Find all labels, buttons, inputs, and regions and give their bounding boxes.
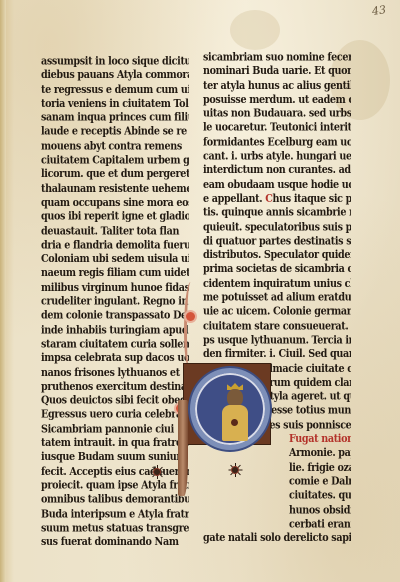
text-line: lie. frigie ozare	[203, 460, 351, 474]
illuminated-initial	[183, 363, 271, 445]
text-line: ciuitatem Capitalem urbem gal	[41, 153, 189, 167]
text-column-right: sicambriam suo nomine feceratnominari Bu…	[203, 50, 351, 545]
text-line: uie ac uicem. Colonie germanie	[203, 305, 351, 319]
text-line: cidentem inquiratum unius cla	[203, 276, 351, 290]
text-line: quos ibi reperit igne et gladio	[41, 210, 189, 224]
text-line: Coloniam ubi sedem uisula uirgi	[41, 252, 189, 266]
text-line: Egressus uero curia celebrata	[41, 408, 189, 422]
flower-ornament	[186, 312, 195, 321]
text-line: ps usque lythuanum. Tercia insulos	[203, 333, 351, 347]
text-line: tis. quinque annis sicambrie re	[203, 206, 351, 220]
text-line: nanos frisones lythuanos et	[41, 365, 189, 379]
text-line: sanam inqua princes cum filius	[41, 111, 189, 125]
text-line: uitas non Budauara. sed urbs aty	[203, 107, 351, 121]
text-line: ciuitates. que pri	[203, 488, 351, 502]
text-line: quieuit. speculatoribus suis primi	[203, 220, 351, 234]
text-column-left: assumpsit in loco sique dicitur pluridie…	[41, 54, 189, 549]
text-line: crudeliter ingulant. Regno in	[41, 294, 189, 308]
text-line: Buda interipsum e Atyla fratri	[41, 507, 189, 521]
text-line: tatem intrauit. in qua fratrem ma	[41, 436, 189, 450]
rubric-initial: C	[265, 193, 272, 206]
text-line: di quatuor partes destinatis sunt	[203, 234, 351, 248]
text-line: nominari Buda uarie. Et quoniam	[203, 64, 351, 78]
text-line: Sicambriam pannonie ciui	[41, 422, 189, 436]
water-stain	[230, 10, 280, 50]
text-line: cant. i. urbs atyle. hungari uero	[203, 149, 351, 163]
text-line: licorum. que et dum pergeret ca	[41, 167, 189, 181]
king-figure	[221, 383, 249, 443]
text-line: distributos. Speculator quidem	[203, 248, 351, 262]
text-line: formidantes Ecelburg eam uo	[203, 135, 351, 149]
star-ornament-icon	[150, 465, 164, 479]
text-line: te regressus e demum cum uic	[41, 82, 189, 96]
initial-ring	[190, 368, 270, 450]
text-line: omnibus talibus demorantibus inde	[41, 492, 189, 506]
text-line: den firmiter. i. Ciuil. Sed quarta sta	[203, 347, 351, 361]
text-line: pruthenos exercitum destinauit	[41, 379, 189, 393]
text-line: sus fuerat dominando Nam	[41, 535, 189, 549]
text-line: posuisse merdum. ut eadem ci	[203, 92, 351, 106]
text-line: comie e Dalmacie	[203, 474, 351, 488]
text-line: e appellant. Chus itaque sic pac	[203, 191, 351, 205]
text-line: cerbati erant fati	[203, 517, 351, 531]
text-line: sicambriam suo nomine fecerat	[203, 50, 351, 64]
star-ornament-icon	[228, 463, 242, 477]
text-line: Quos deuictos sibi fecit obediente.	[41, 393, 189, 407]
floral-vine-border	[184, 282, 195, 366]
folio-number: 43	[371, 3, 387, 18]
text-line: gate natali solo derelicto sapientia	[203, 531, 351, 545]
manuscript-page: 43 assumpsit in loco sique dicitur pluri…	[0, 0, 400, 582]
text-line: thalaunam resistente uehementer	[41, 181, 189, 195]
text-line: impsa celebrata sup dacos uo	[41, 351, 189, 365]
text-line: quam occupans sine mora eos	[41, 195, 189, 209]
text-line: ciuitatem stare consueuerat. Alia	[203, 319, 351, 333]
text-line: mouens abyt contra remens	[41, 139, 189, 153]
orb-icon	[231, 419, 238, 426]
text-line: fecit. Acceptis eius cadauerum	[41, 464, 189, 478]
text-line: hunos obsidione	[203, 503, 351, 517]
text-line: dria e flandria demolita fuerunt.	[41, 238, 189, 252]
text-line: staram ciuitatem curia sollempni	[41, 337, 189, 351]
text-line: assumpsit in loco sique dicitur pluri	[41, 54, 189, 68]
text-line: le uocaretur. Teutonici interiti	[203, 121, 351, 135]
text-line: me potuisset ad alium eratdum	[203, 290, 351, 304]
text-line: milibus virginum hunoe fidas	[41, 280, 189, 294]
text-line: toria veniens in ciuitatem Tolo	[41, 96, 189, 110]
text-line: dem colonie transpassato De	[41, 309, 189, 323]
text-line: naeum regis filiam cum uidet	[41, 266, 189, 280]
binding-edge	[0, 0, 6, 582]
text-line: suum metus statuas transgres	[41, 521, 189, 535]
text-line: ter atyla hunus ac alius gentibus	[203, 78, 351, 92]
text-line: eam obudaam usque hodie uocat	[203, 177, 351, 191]
text-line: diebus pauans Atyla commoratur	[41, 68, 189, 82]
text-line: deuastauit. Taliter tota flan	[41, 224, 189, 238]
text-line: laude e receptis Abinde se re	[41, 125, 189, 139]
text-line: iusque Budam suum sunium inter	[41, 450, 189, 464]
text-line: proiecit. quam ipse Atyla fratri	[41, 478, 189, 492]
text-line: inde inhabiis turingiam apud pi	[41, 323, 189, 337]
text-line: prima societas de sicambria oc	[203, 262, 351, 276]
text-line: interdictum non curantes. adhuc	[203, 163, 351, 177]
initial-stem	[178, 400, 188, 496]
